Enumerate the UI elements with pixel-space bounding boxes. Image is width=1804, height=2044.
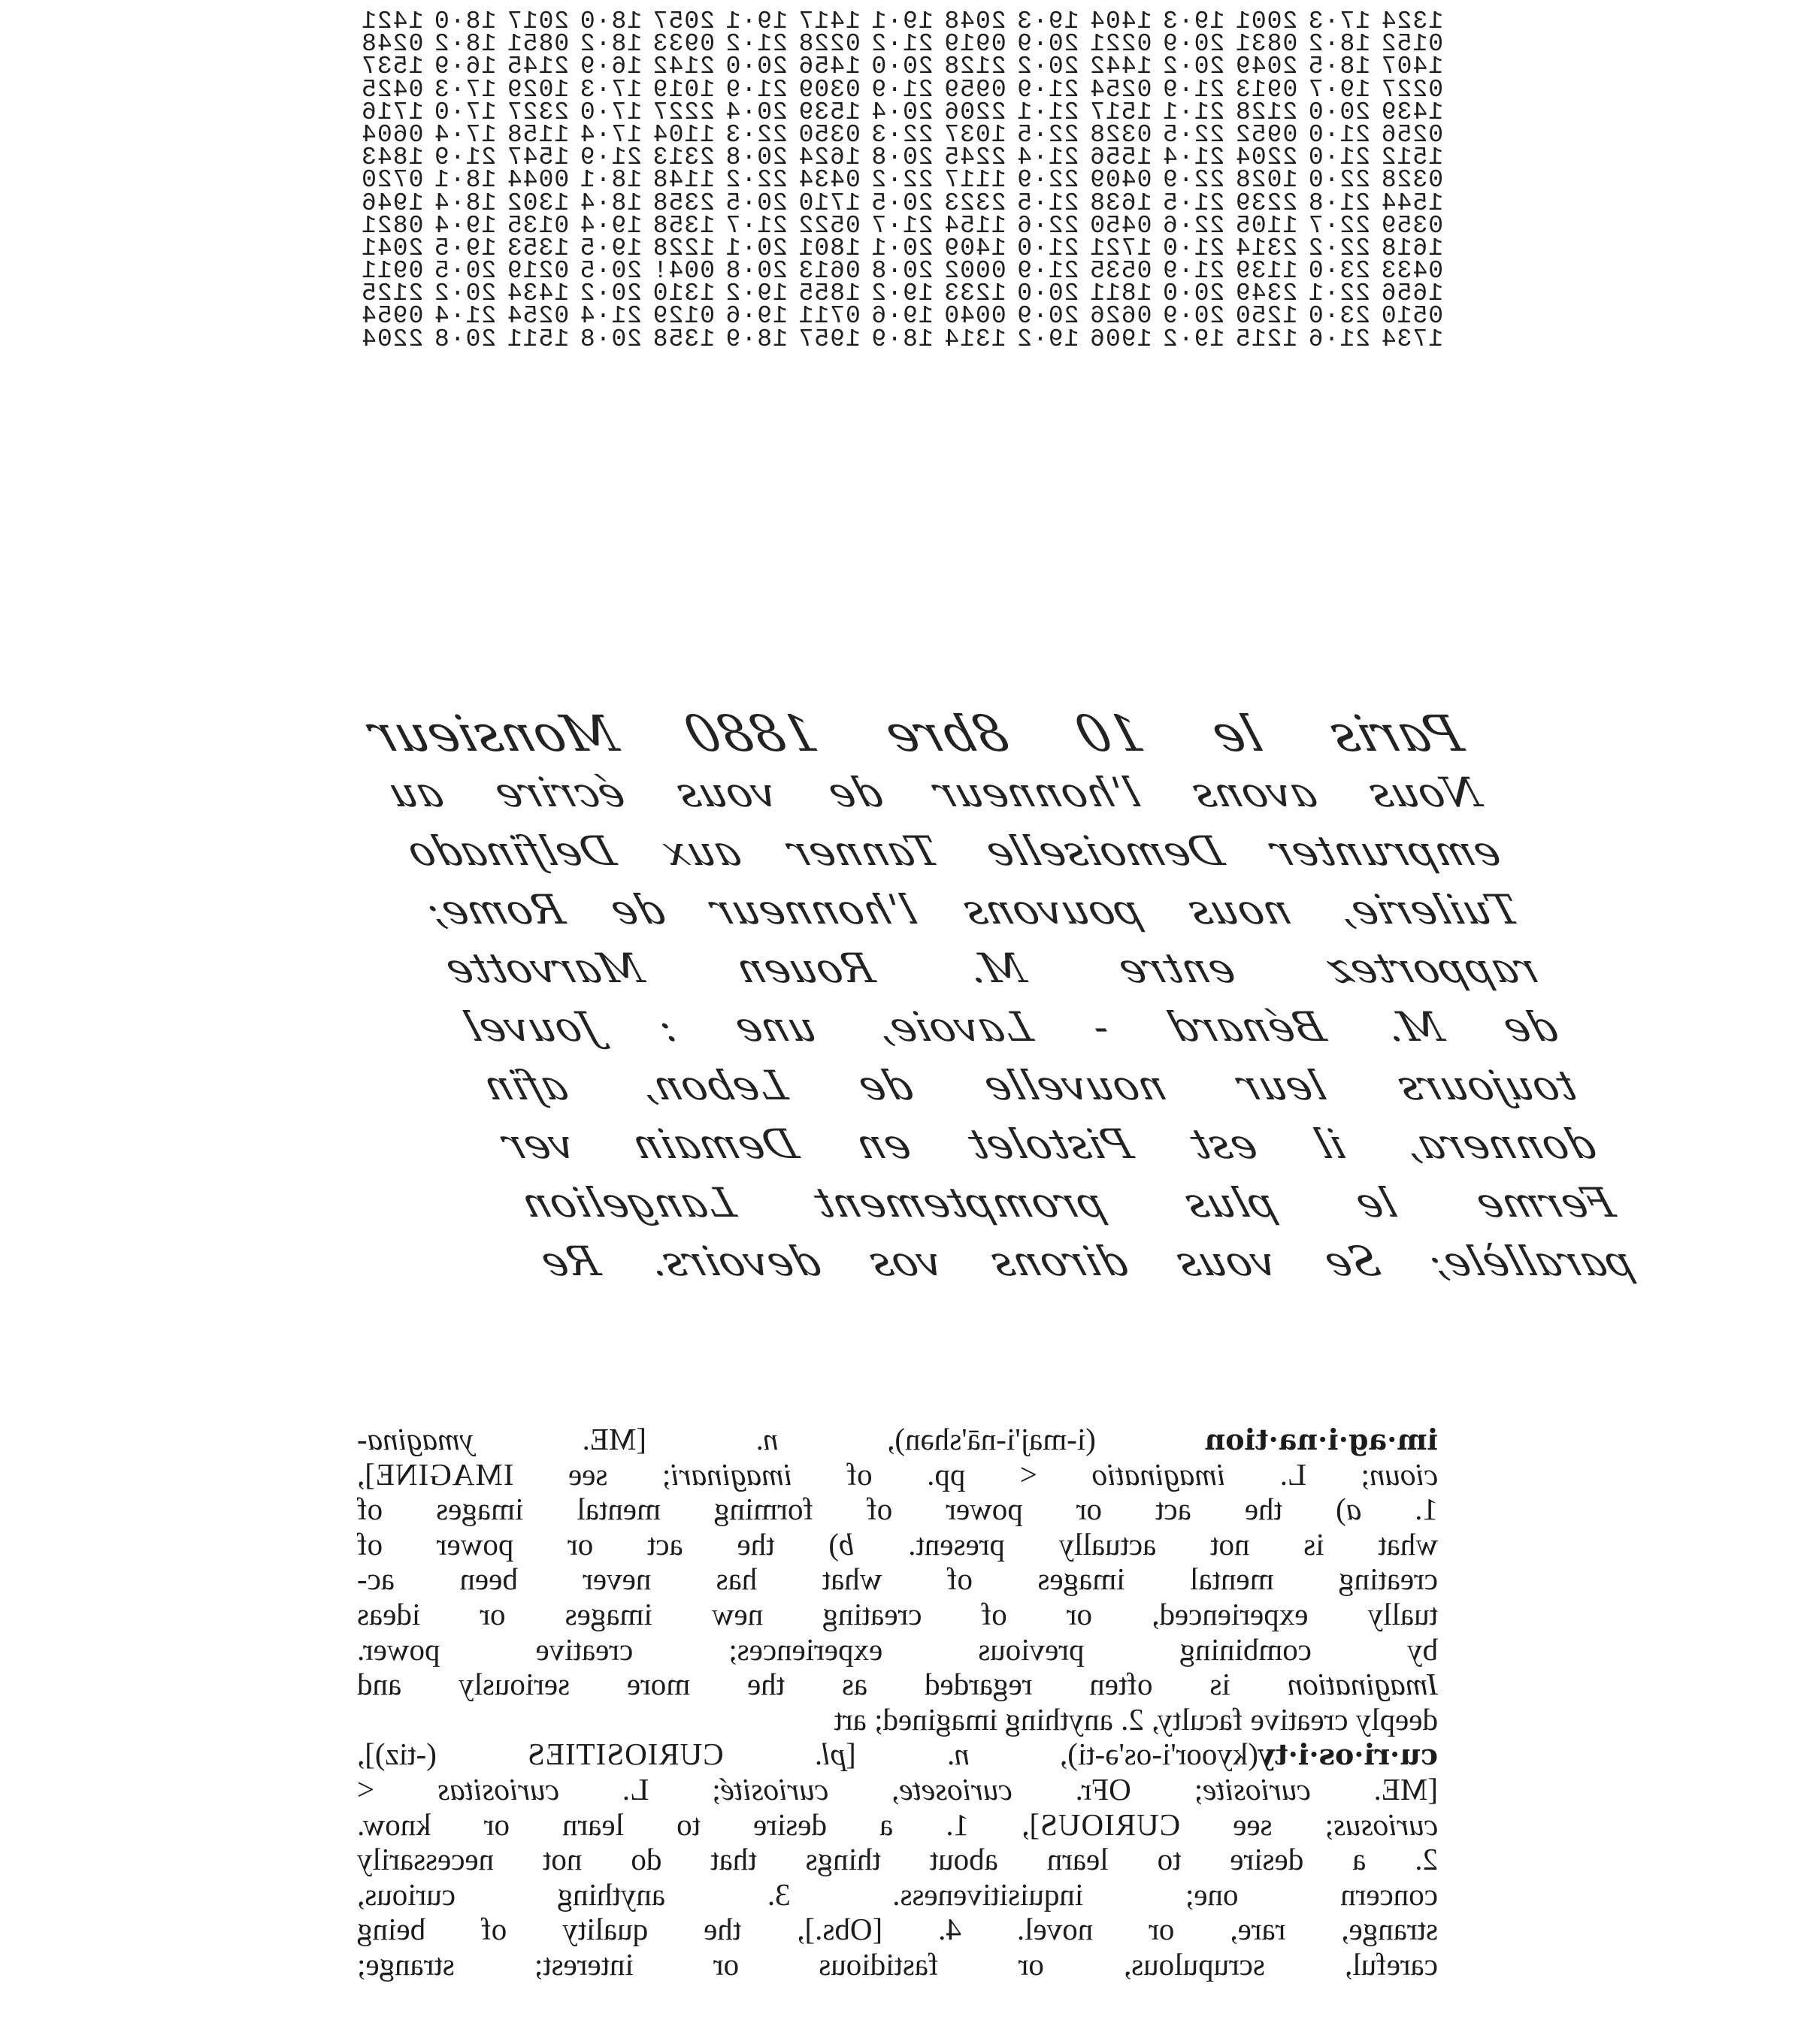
height-value: 18·1 <box>580 169 642 192</box>
dictionary-line: strange, rare, or novel. 4. [Obs.], the … <box>357 1912 1438 1947</box>
dictionary-text: cioun <box>1370 1457 1438 1492</box>
dictionary-text: IMAGINE <box>375 1457 514 1492</box>
headword: cu·ri·os·i·ty <box>1258 1737 1438 1771</box>
dictionary-text: CURIOSITIES <box>527 1737 724 1771</box>
dictionary-text: ) the act or power of <box>357 1527 839 1562</box>
dictionary-text: [ME. <box>1311 1772 1438 1807</box>
script-line: Ferme le plus promptement Langelion <box>513 1174 1622 1232</box>
mirrored-stamp-sheet: 132417·3200119·3140419·3204819·1141719·1… <box>0 0 1804 2044</box>
script-line: Tuilerie, nous pouvons l'honneur de Rome… <box>418 881 1527 939</box>
dictionary-text: 2. a desire to learn about things that d… <box>357 1842 1438 1876</box>
dictionary-text: b <box>839 1527 855 1562</box>
dictionary-text: ; OFr. <box>1012 1772 1203 1807</box>
table-row: 173421·6121519·2190619·2131418·9195718·9… <box>361 328 1443 351</box>
dictionary-line: concern one; inquisitiveness. 3. anythin… <box>357 1877 1438 1912</box>
dictionary-text: CURIOUS <box>1040 1807 1180 1842</box>
time-code: 0720 <box>361 169 423 192</box>
height-value: 19·2 <box>1162 328 1224 351</box>
dictionary-text: curiositas <box>437 1772 559 1807</box>
script-line: emprunter Demoiselle Tanner aux Delfinad… <box>399 822 1508 881</box>
dictionary-line: deeply creative faculty, 2. anything ima… <box>357 1702 1438 1737</box>
script-line: rapportez entre M. Rouen Marvotte <box>437 939 1545 998</box>
height-value: 18·9 <box>870 328 933 351</box>
dictionary-line: 1. a) the act or power of forming mental… <box>357 1492 1438 1527</box>
dictionary-text: ; see <box>514 1457 671 1492</box>
dictionary-text: careful, scrupulous, or fastidious or in… <box>357 1947 1438 1982</box>
dictionary-text: tually experienced, or of creating new i… <box>357 1597 1438 1631</box>
dictionary-line: [ME. curiosite; OFr. curiosete, curiosit… <box>357 1772 1438 1807</box>
time-code: 0434 <box>798 169 861 192</box>
script-line: Paris le 10 8bre 1880 Monsieur <box>361 705 1470 763</box>
dictionary-line: im·ag·i·na·tion (i-maj'i-nā'shən), n. [M… <box>357 1422 1438 1457</box>
dictionary-text: Imagination <box>1288 1667 1438 1701</box>
dictionary-text: curiosite <box>1203 1772 1310 1807</box>
time-code: 1028 <box>1235 169 1297 192</box>
height-value: 21·6 <box>1308 328 1370 351</box>
dictionary-text: ], <box>357 1457 375 1492</box>
dictionary-text: curiosus <box>1333 1807 1438 1842</box>
time-code: 0044 <box>507 169 569 192</box>
dictionary-text: strange, rare, or novel. 4. [Obs.], the … <box>357 1912 1438 1946</box>
dictionary-text: ) the act or power of forming mental ima… <box>357 1492 1346 1526</box>
dictionary-text: a <box>1346 1492 1362 1526</box>
height-value: 22·2 <box>725 169 788 192</box>
dictionary-text: deeply creative faculty, 2. anything ima… <box>834 1702 1438 1737</box>
height-value: 18·1 <box>434 169 496 192</box>
dictionary-text: ; L. <box>1225 1457 1370 1492</box>
handwritten-letter: Paris le 10 8bre 1880 MonsieurNous avons… <box>361 705 1646 1306</box>
dictionary-text: ; see <box>1180 1807 1333 1842</box>
dictionary-line: curiosus; see CURIOUS], 1. a desire to l… <box>357 1807 1438 1843</box>
dictionary-text: imaginatio <box>1092 1457 1226 1492</box>
dictionary-line: Imagination is often regarded as the mor… <box>357 1667 1438 1702</box>
time-code: 1957 <box>798 328 861 351</box>
dictionary-text <box>724 1737 814 1771</box>
dictionary-text: ; L. <box>559 1772 721 1807</box>
dictionary-text: what is not actually present. <box>854 1527 1438 1562</box>
script-line: de M. Bénard - Lavoie, une : Jouvel <box>456 998 1565 1057</box>
time-code: 1734 <box>1381 328 1443 351</box>
dictionary-text: curiosete, curiosité <box>721 1772 1012 1807</box>
dictionary-text: 1. <box>1361 1492 1438 1526</box>
script-line: toujours leur nouvelle de Lebon, afin <box>475 1057 1584 1115</box>
dictionary-line: by combining previous experiences; creat… <box>357 1632 1438 1668</box>
height-value: 20·8 <box>434 328 496 351</box>
dictionary-entries: im·ag·i·na·tion (i-maj'i-nā'shən), n. [M… <box>357 1422 1438 1982</box>
dictionary-line: tually experienced, or of creating new i… <box>357 1597 1438 1632</box>
script-line: donnera, il est Pistolet en Demain ver <box>494 1115 1603 1174</box>
dictionary-text: ], 1. a desire to learn or know. <box>357 1807 1040 1842</box>
time-code: 1148 <box>652 169 715 192</box>
height-value: 20·8 <box>580 328 642 351</box>
time-code: 1511 <box>507 328 569 351</box>
dictionary-text: n. <box>946 1737 970 1771</box>
height-value: 18·9 <box>725 328 788 351</box>
time-code: 1215 <box>1235 328 1297 351</box>
height-value: 22·0 <box>1308 169 1370 192</box>
dictionary-text: [ME. <box>474 1422 755 1456</box>
dictionary-line: cioun; L. imaginatio < pp. of imaginari;… <box>357 1457 1438 1492</box>
height-value: 22·9 <box>1016 169 1079 192</box>
dictionary-text: < <box>357 1772 437 1807</box>
dictionary-line: cu·ri·os·i·ty(kyoor'i-os'ə-ti), n. [pl. … <box>357 1737 1438 1772</box>
dictionary-line: what is not actually present. b) the act… <box>357 1527 1438 1562</box>
dictionary-text: (i-maj'i-nā'shən), <box>778 1422 1204 1456</box>
dictionary-text: (kyoor'i-os'ə-ti), <box>970 1737 1258 1771</box>
dictionary-line: 2. a desire to learn about things that d… <box>357 1842 1438 1877</box>
script-line: Nous avons l'honneur de vous écrire au <box>380 763 1488 822</box>
time-code: 0328 <box>1381 169 1443 192</box>
time-code: 1314 <box>943 328 1006 351</box>
headword: im·ag·i·na·tion <box>1205 1423 1438 1456</box>
time-code: 1358 <box>652 328 715 351</box>
dictionary-text: < pp. of <box>792 1457 1092 1492</box>
time-code: 2204 <box>361 328 423 351</box>
table-row: 032822·0102822·9040922·9111722·2043422·2… <box>361 169 1443 192</box>
dictionary-text: imaginari <box>670 1457 792 1492</box>
dictionary-text: ymagina- <box>357 1422 474 1456</box>
dictionary-text: by combining previous experiences; creat… <box>357 1632 1438 1667</box>
time-code: 0409 <box>1089 169 1152 192</box>
height-value: 22·9 <box>1162 169 1224 192</box>
height-value: 22·2 <box>870 169 933 192</box>
dictionary-text: [ <box>846 1737 946 1771</box>
time-code: 1906 <box>1089 328 1152 351</box>
tide-number-table: 132417·3200119·3140419·3204819·1141719·1… <box>361 11 1443 351</box>
dictionary-text: is often regarded as the more seriously … <box>357 1667 1288 1701</box>
dictionary-text: (-tiz)], <box>357 1737 527 1771</box>
dictionary-text: n. <box>755 1422 779 1456</box>
dictionary-line: creating mental images of what has never… <box>357 1562 1438 1597</box>
dictionary-text: concern one; inquisitiveness. 3. anythin… <box>357 1877 1438 1912</box>
time-code: 1117 <box>943 169 1006 192</box>
dictionary-text: pl. <box>814 1737 846 1771</box>
dictionary-text: creating mental images of what has never… <box>357 1562 1438 1596</box>
height-value: 19·2 <box>1016 328 1079 351</box>
dictionary-line: careful, scrupulous, or fastidious or in… <box>357 1947 1438 1982</box>
script-line: parallèle; Se vous dirons vos devoirs. R… <box>532 1232 1641 1291</box>
